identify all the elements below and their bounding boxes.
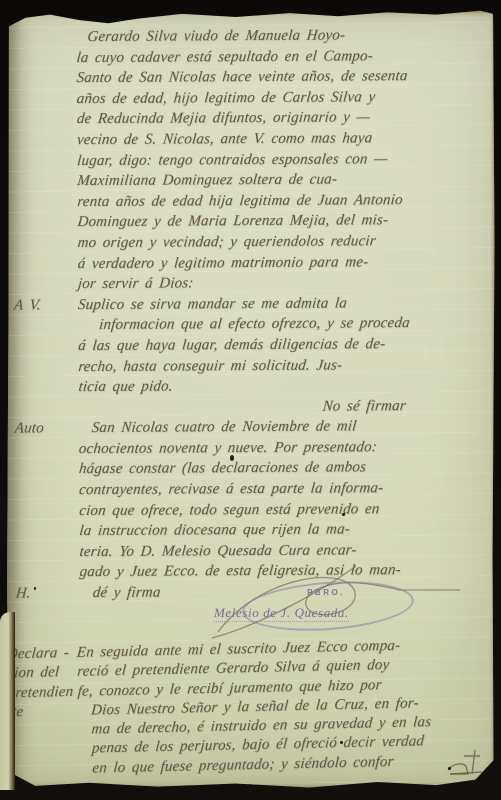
handwritten-line-text: jor servir á Dios: bbox=[77, 273, 195, 294]
handwritten-line-text: contrayentes, recivase á esta parte la i… bbox=[78, 478, 384, 500]
ink-speck bbox=[230, 455, 234, 461]
margin-note: A V. bbox=[13, 295, 42, 316]
handwritten-line-text: á las que haya lugar, demás diligencias … bbox=[77, 334, 386, 356]
priest-stamp: PBRO. Melesio de J. Quesada. bbox=[204, 578, 466, 642]
margin-note: Declara - bbox=[6, 644, 70, 665]
handwritten-line-text: años de edad, hijo legitimo de Carlos Si… bbox=[76, 87, 377, 109]
handwritten-line-text: Suplico se sirva mandar se me admita la bbox=[77, 293, 348, 315]
stamp-title: PBRO. bbox=[266, 588, 386, 597]
handwritten-line-text: Dominguez y de Maria Lorenza Mejia, del … bbox=[76, 210, 389, 233]
margin-note: pretendien bbox=[7, 682, 74, 703]
handwritten-line-text: á verdadero y legitimo matrimonio para m… bbox=[77, 252, 370, 274]
handwritten-line-text: Maximiliana Dominguez soltera de cua- bbox=[76, 170, 338, 192]
handwritten-line-text: hágase constar (las declaraciones de amb… bbox=[78, 458, 367, 480]
handwritten-line-text: recho, hasta conseguir mi solicitud. Jus… bbox=[77, 355, 343, 377]
handwritten-line-text: mo origen y vecindad; y queriendolos red… bbox=[77, 231, 377, 253]
handwritten-line-text: teria. Yo D. Melesio Quesada Cura encar- bbox=[78, 540, 357, 562]
manuscript-page: Gerardo Silva viudo de Manuela Hoyo- la … bbox=[6, 10, 495, 789]
ink-speck bbox=[340, 741, 343, 744]
document-photo: Gerardo Silva viudo de Manuela Hoyo- la … bbox=[0, 0, 501, 800]
handwritten-line-text: de Reducinda Mejia difuntos, originario … bbox=[76, 108, 371, 130]
stamp-name: Melesio de J. Quesada. bbox=[214, 605, 349, 622]
ink-speck bbox=[34, 587, 36, 590]
handwritten-line-text: Gerardo Silva viudo de Manuela Hoyo- bbox=[86, 25, 346, 47]
manuscript-line: cion que ofrece, todo segun está preveni… bbox=[7, 498, 496, 522]
handwritten-line-text: No sé firmar bbox=[322, 396, 407, 417]
manuscript-line: la cuyo cadaver está sepultado en el Cam… bbox=[4, 45, 493, 69]
ink-speck bbox=[448, 767, 451, 770]
manuscript-line: Gerardo Silva viudo de Manuela Hoyo- bbox=[4, 25, 493, 49]
margin-note: Auto bbox=[14, 419, 45, 440]
manuscript-line: teria. Yo D. Melesio Quesada Cura encar- bbox=[7, 539, 496, 563]
handwritten-line-text: vecino de S. Nicolas, ante V. como mas h… bbox=[76, 128, 373, 150]
handwritten-line-text: lugar, digo: tengo contraidos esponsales… bbox=[76, 149, 388, 172]
handwritten-line-text: renta años de edad hija legitima de Juan… bbox=[76, 190, 403, 213]
declaration-text-block: Declara - En seguida ante mi el suscrito… bbox=[5, 635, 497, 781]
manuscript-line: contrayentes, recivase á esta parte la i… bbox=[7, 478, 496, 502]
handwritten-line-text: ticia que pido. bbox=[77, 377, 173, 398]
manuscript-line: la instruccion diocesana que rijen la ma… bbox=[7, 519, 496, 543]
handwritten-line-text: dé y firma bbox=[92, 583, 162, 604]
handwritten-line-text: la instruccion diocesana que rijen la ma… bbox=[78, 520, 351, 542]
handwritten-line-text: Santo de San Nicolas hace veinte años, d… bbox=[76, 66, 409, 89]
handwritten-line-text: cion que ofrece, todo segun está preveni… bbox=[78, 499, 380, 521]
ink-speck bbox=[342, 513, 345, 516]
handwritten-line-text: ochocientos noventa y nueve. Por present… bbox=[78, 437, 378, 459]
handwritten-line-text: San Nicolas cuatro de Noviembre de mil bbox=[91, 417, 358, 439]
petition-and-auto-text-block: Gerardo Silva viudo de Manuela Hoyo- la … bbox=[4, 25, 497, 605]
handwritten-line-text: la cuyo cadaver está sepultado en el Cam… bbox=[75, 46, 373, 68]
corner-flourish-mark bbox=[442, 744, 488, 782]
ink-speck bbox=[249, 784, 252, 787]
margin-note: H. bbox=[15, 583, 32, 604]
underlying-page-edge bbox=[0, 612, 15, 790]
handwritten-line-text: informacion que al efecto ofrezco, y se … bbox=[98, 313, 411, 336]
